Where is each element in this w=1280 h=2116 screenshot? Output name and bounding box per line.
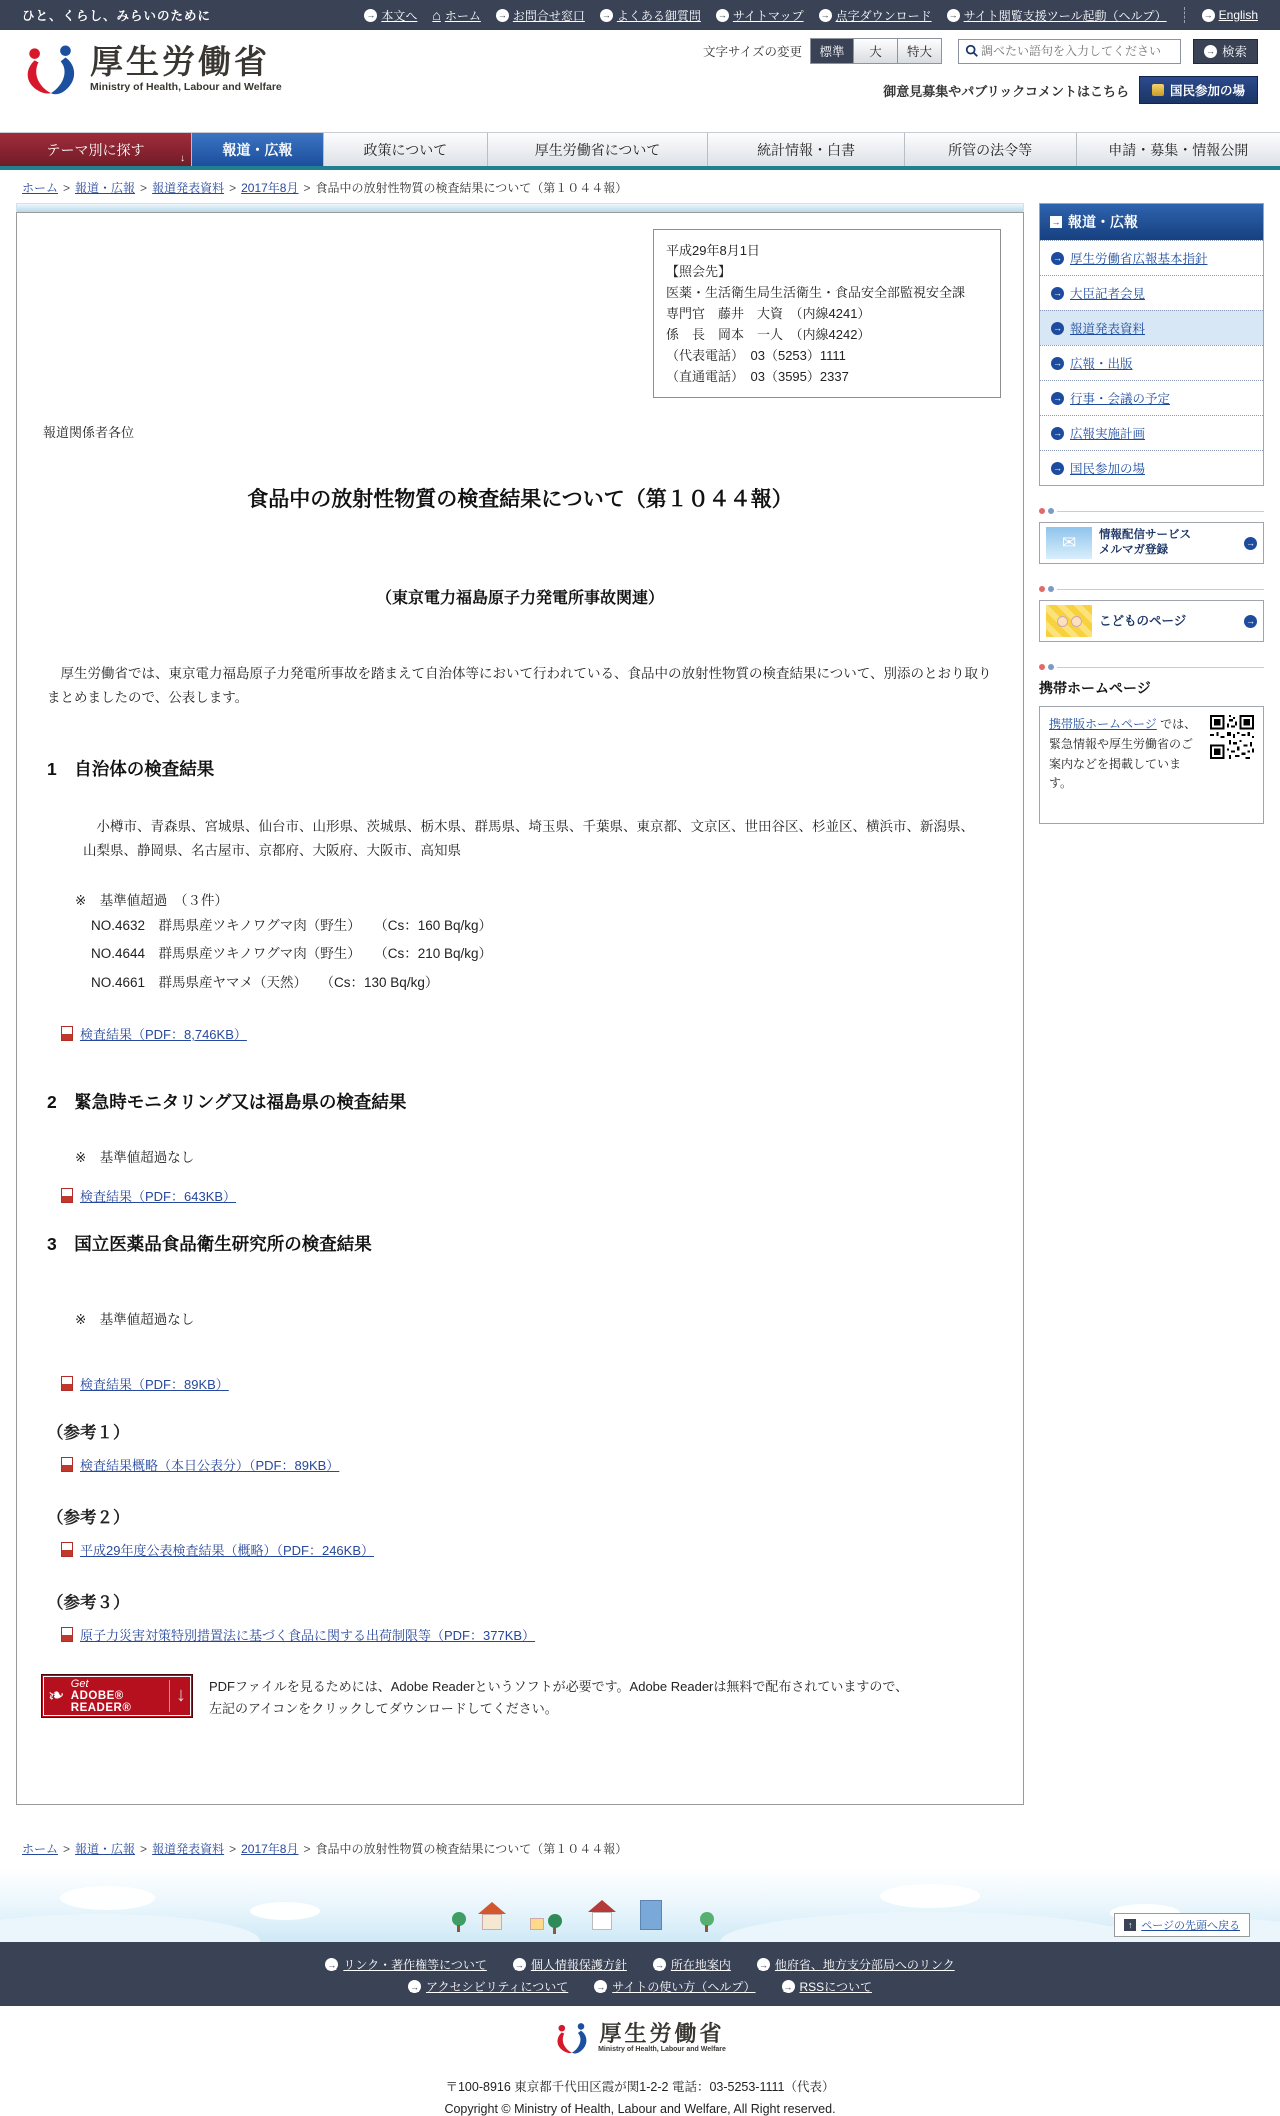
circle-arrow-icon: → xyxy=(1051,392,1064,405)
breadcrumb-bottom: ホーム>報道・広報>報道発表資料>2017年8月>食品中の放射性物質の検査結果に… xyxy=(0,1831,1280,1864)
divider xyxy=(1184,7,1185,23)
circle-arrow-icon: → xyxy=(1204,45,1217,58)
contact-date: 平成29年8月1日 xyxy=(666,240,988,261)
footer-nav: →リンク・著作権等について →個人情報保護方針 →所在地案内 →他府省、地方支分… xyxy=(0,1942,1280,2006)
sidebar-item-label: 報道発表資料 xyxy=(1070,319,1145,337)
footer-link-label: リンク・著作権等について xyxy=(343,1956,487,1973)
footer-link-copyright[interactable]: →リンク・著作権等について xyxy=(325,1956,487,1973)
pdf-link-reference1[interactable]: 検査結果概略（本日公表分）（PDF：89KB） xyxy=(80,1455,339,1474)
home-icon: ⌂ xyxy=(432,9,440,22)
footer-link-label: 所在地案内 xyxy=(671,1956,731,1973)
search-box xyxy=(958,39,1181,64)
breadcrumb-link-home[interactable]: ホーム xyxy=(22,1842,58,1856)
exceedance-item: NO.4632 群馬県産ツキノワグマ肉（野生） （Cs：160 Bq/kg） xyxy=(91,915,1023,937)
circle-arrow-icon: → xyxy=(716,9,729,22)
kids-icon xyxy=(1046,605,1092,637)
topbar-link-label: 点字ダウンロード xyxy=(836,7,932,24)
breadcrumb-link-month[interactable]: 2017年8月 xyxy=(241,181,298,195)
breadcrumb-separator: > xyxy=(229,1842,236,1856)
mhlw-logo-icon xyxy=(22,44,80,98)
sidebar-item-label: 厚生労働省広報基本指針 xyxy=(1070,249,1208,267)
pdf-link-reference2[interactable]: 平成29年度公表検査結果（概略）（PDF：246KB） xyxy=(80,1540,374,1559)
kids-page-banner[interactable]: こどものページ → xyxy=(1039,600,1264,642)
pdf-link-row: 平成29年度公表検査結果（概略）（PDF：246KB） xyxy=(61,1540,1023,1559)
mhlw-logo-icon xyxy=(554,2022,590,2056)
sidebar-item-press-releases[interactable]: →報道発表資料 xyxy=(1040,310,1263,345)
circle-arrow-icon: → xyxy=(653,1958,666,1971)
breadcrumb-separator: > xyxy=(303,181,310,195)
circle-arrow-icon: → xyxy=(1051,322,1064,335)
footer-link-accessibility[interactable]: →アクセシビリティについて xyxy=(408,1978,568,1995)
participation-label: 国民参加の場 xyxy=(1170,81,1245,99)
breadcrumb: ホーム>報道・広報>報道発表資料>2017年8月>食品中の放射性物質の検査結果に… xyxy=(0,170,1280,203)
section1-heading: 1 自治体の検査結果 xyxy=(47,756,1023,781)
press-contact-box: 平成29年8月1日 【照会先】 医薬・生活衛生局生活衛生・食品安全部監視安全課 … xyxy=(653,229,1001,398)
circle-arrow-icon: → xyxy=(1244,615,1257,628)
footer-logo-title: 厚生労働省 xyxy=(598,2022,726,2046)
footer-link-privacy[interactable]: →個人情報保護方針 xyxy=(513,1956,627,1973)
breadcrumb-link-press-releases[interactable]: 報道発表資料 xyxy=(152,181,224,195)
sidebar-item-events[interactable]: →行事・会議の予定 xyxy=(1040,380,1263,415)
breadcrumb-link-press[interactable]: 報道・広報 xyxy=(75,181,135,195)
sidebar-item-participation[interactable]: →国民参加の場 xyxy=(1040,450,1263,485)
circle-arrow-icon: → xyxy=(757,1958,770,1971)
footer-link-other-ministries[interactable]: →他府省、地方支分部局へのリンク xyxy=(757,1956,955,1973)
public-participation-button[interactable]: 国民参加の場 xyxy=(1139,76,1258,104)
font-size-large-button[interactable]: 大 xyxy=(854,38,898,64)
sidebar-header-label: 報道・広報 xyxy=(1068,212,1138,232)
breadcrumb-link-press[interactable]: 報道・広報 xyxy=(75,1842,135,1856)
pdf-link-row: 検査結果（PDF：89KB） xyxy=(61,1374,1023,1393)
pdf-icon xyxy=(61,1457,73,1472)
adobe-reader-note: PDFファイルを見るためには、Adobe Readerというソフトが必要です。A… xyxy=(209,1676,909,1720)
footer-illustration: ↑ ページの先頭へ戻る xyxy=(0,1868,1280,1942)
reference3-heading: （参考３） xyxy=(47,1589,1023,1613)
divider xyxy=(1039,664,1264,670)
sidebar-item-pr-plan[interactable]: →広報実施計画 xyxy=(1040,415,1263,450)
topbar-link-label: ホーム xyxy=(445,7,481,24)
sidebar-item-label: 広報・出版 xyxy=(1070,354,1133,372)
nav-tab-label: 統計情報・白書 xyxy=(757,140,855,160)
mailmag-line1: 情報配信サービス xyxy=(1099,528,1237,543)
footer-link-help[interactable]: →サイトの使い方（ヘルプ） xyxy=(594,1978,755,1995)
mobile-homepage-link[interactable]: 携帯版ホームページ xyxy=(1049,717,1157,731)
section3-exceedance-note: ※ 基準値超過なし xyxy=(75,1308,1023,1328)
pdf-icon xyxy=(61,1188,73,1203)
public-comment-text: 御意見募集やパブリックコメントはこちら xyxy=(883,81,1129,100)
nav-tab-statistics[interactable]: 統計情報・白書 xyxy=(708,133,904,166)
topbar-link-label: サイト閲覧支援ツール起動（ヘルプ） xyxy=(964,7,1167,24)
circle-arrow-icon: → xyxy=(513,1958,526,1971)
topbar-link-main-content[interactable]: →本文へ xyxy=(364,7,417,24)
intro-paragraph: 厚生労働省では、東京電力福島原子力発電所事故を踏まえて自治体等において行われてい… xyxy=(47,662,993,709)
breadcrumb-link-press-releases[interactable]: 報道発表資料 xyxy=(152,1842,224,1856)
pdf-link-row: 原子力災害対策特別措置法に基づく食品に関する出荷制限等（PDF：377KB） xyxy=(61,1625,1023,1644)
logo-title: 厚生労働省 xyxy=(90,44,282,80)
section2-heading: 2 緊急時モニタリング又は福島県の検査結果 xyxy=(47,1089,1023,1114)
chevron-down-icon: ↓ xyxy=(180,153,185,164)
topbar-link-contact[interactable]: →お問合せ窓口 xyxy=(496,7,585,24)
pdf-link-row: 検査結果（PDF：643KB） xyxy=(61,1186,1023,1205)
breadcrumb-link-month[interactable]: 2017年8月 xyxy=(241,1842,298,1856)
pdf-link-section1-results[interactable]: 検査結果（PDF：8,746KB） xyxy=(80,1024,247,1043)
exceedance-item: NO.4644 群馬県産ツキノワグマ肉（野生） （Cs：210 Bq/kg） xyxy=(91,943,1023,965)
section3-heading: 3 国立医薬品食品衛生研究所の検査結果 xyxy=(47,1231,1023,1256)
breadcrumb-separator: > xyxy=(140,181,147,195)
nav-tab-label: 申請・募集・情報公開 xyxy=(1108,140,1248,160)
circle-arrow-icon: → xyxy=(325,1958,338,1971)
topbar-link-label: English xyxy=(1219,8,1258,22)
footer-copyright: Copyright © Ministry of Health, Labour a… xyxy=(0,2102,1280,2116)
adobe-brand-label: ADOBE® READER® xyxy=(71,1690,163,1714)
breadcrumb-separator: > xyxy=(140,1842,147,1856)
contact-division: 医薬・生活衛生局生活衛生・食品安全部監視安全課 xyxy=(666,282,988,303)
sidebar-item-publications[interactable]: →広報・出版 xyxy=(1040,345,1263,380)
font-size-standard-button[interactable]: 標準 xyxy=(810,38,854,64)
arrow-up-icon: ↑ xyxy=(1124,1919,1136,1931)
topbar-link-label: サイトマップ xyxy=(733,7,804,24)
arrow-right-icon: → xyxy=(1050,216,1062,228)
section2-exceedance-note: ※ 基準値超過なし xyxy=(75,1146,1023,1166)
topbar-link-faq[interactable]: →よくある御質問 xyxy=(600,7,701,24)
font-size-xlarge-button[interactable]: 特大 xyxy=(898,38,942,64)
breadcrumb-current: 食品中の放射性物質の検査結果について（第１０４４報） xyxy=(315,181,627,195)
contact-person-1: 専門官 藤井 大資 （内線4241） xyxy=(666,303,988,324)
footer-link-label: サイトの使い方（ヘルプ） xyxy=(612,1978,755,1995)
footer-logo-subtitle: Ministry of Health, Labour and Welfare xyxy=(598,2046,726,2053)
footer-link-rss[interactable]: →RSSについて xyxy=(782,1978,872,1995)
circle-arrow-icon: → xyxy=(600,9,613,22)
sidebar-item-pr-policy[interactable]: →厚生労働省広報基本指針 xyxy=(1040,240,1263,275)
adobe-logo-icon: ❧ xyxy=(46,1684,67,1707)
page-title: 食品中の放射性物質の検査結果について（第１０４４報） xyxy=(17,483,1023,513)
reference2-heading: （参考２） xyxy=(47,1504,1023,1528)
footer-link-label: 他府省、地方支分部局へのリンク xyxy=(775,1956,955,1973)
nav-tab-policy[interactable]: 政策について xyxy=(324,133,488,166)
topbar-link-home[interactable]: ⌂ホーム xyxy=(432,7,480,24)
pdf-link-section2-results[interactable]: 検査結果（PDF：643KB） xyxy=(80,1186,236,1205)
topbar-link-sitemap[interactable]: →サイトマップ xyxy=(716,7,804,24)
logo-subtitle: Ministry of Health, Labour and Welfare xyxy=(90,81,282,93)
nav-tab-label: テーマ別に探す xyxy=(47,140,145,160)
topbar-link-label: お問合せ窓口 xyxy=(513,7,585,24)
footer-link-label: 個人情報保護方針 xyxy=(531,1956,627,1973)
topbar-link-label: 本文へ xyxy=(381,7,417,24)
mailmag-line2: メルマガ登録 xyxy=(1099,543,1237,558)
pdf-icon xyxy=(61,1627,73,1642)
page-subtitle: （東京電力福島原子力発電所事故関連） xyxy=(17,585,1023,608)
site-tagline: ひと、くらし、みらいのために xyxy=(22,6,211,24)
breadcrumb-separator: > xyxy=(303,1842,310,1856)
download-arrow-icon: ↓ xyxy=(169,1680,186,1712)
back-to-top-button[interactable]: ↑ ページの先頭へ戻る xyxy=(1114,1913,1250,1937)
circle-arrow-icon: → xyxy=(1051,287,1064,300)
contact-phone-main: （代表電話） 03（5253）1111 xyxy=(666,345,988,366)
sidebar-item-label: 行事・会議の予定 xyxy=(1070,389,1170,407)
circle-arrow-icon: → xyxy=(1051,427,1064,440)
section1-body: 小樽市、青森県、宮城県、仙台市、山形県、茨城県、栃木県、群馬県、埼玉県、千葉県、… xyxy=(83,815,983,864)
nav-tab-label: 政策について xyxy=(364,140,448,160)
mobile-homepage-box: 携帯版ホームページ では、緊急情報や厚生労働省のご案内などを掲載しています。 xyxy=(1039,706,1264,824)
contact-person-2: 係 長 岡本 一人 （内線4242） xyxy=(666,324,988,345)
circle-arrow-icon: → xyxy=(819,9,832,22)
breadcrumb-separator: > xyxy=(63,181,70,195)
sidebar: →報道・広報 →厚生労働省広報基本指針 →大臣記者会見 →報道発表資料 →広報・… xyxy=(1039,203,1264,824)
nav-tab-laws[interactable]: 所管の法令等 xyxy=(905,133,1077,166)
search-button[interactable]: →検索 xyxy=(1193,39,1258,64)
nav-tab-press[interactable]: 報道・広報 xyxy=(192,133,324,166)
global-nav: テーマ別に探す↓ 報道・広報 政策について 厚生労働省について 統計情報・白書 … xyxy=(0,132,1280,170)
back-to-top-label: ページの先頭へ戻る xyxy=(1141,1917,1240,1933)
pdf-link-section3-results[interactable]: 検査結果（PDF：89KB） xyxy=(80,1374,229,1393)
footer-link-location[interactable]: →所在地案内 xyxy=(653,1956,731,1973)
section1-exceedance-note: ※ 基準値超過 （３件） xyxy=(75,889,1023,909)
circle-arrow-icon: → xyxy=(1202,9,1215,22)
pdf-link-row: 検査結果概略（本日公表分）（PDF：89KB） xyxy=(61,1455,1023,1474)
envelope-icon: ✉ xyxy=(1046,527,1092,559)
circle-arrow-icon: → xyxy=(782,1980,795,1993)
breadcrumb-link-home[interactable]: ホーム xyxy=(22,181,58,195)
divider xyxy=(1039,586,1264,592)
circle-arrow-icon: → xyxy=(1051,357,1064,370)
nav-tab-label: 所管の法令等 xyxy=(948,140,1032,160)
pdf-icon xyxy=(61,1542,73,1557)
circle-arrow-icon: → xyxy=(594,1980,607,1993)
nav-tab-applications[interactable]: 申請・募集・情報公開 xyxy=(1077,133,1280,166)
mhlw-logo[interactable]: 厚生労働省 Ministry of Health, Labour and Wel… xyxy=(22,44,282,98)
sidebar-item-minister-press[interactable]: →大臣記者会見 xyxy=(1040,275,1263,310)
nav-tab-themes[interactable]: テーマ別に探す↓ xyxy=(0,133,192,166)
footer-link-label: アクセシビリティについて xyxy=(426,1978,568,1995)
sidebar-item-label: 広報実施計画 xyxy=(1070,424,1145,442)
font-size-label: 文字サイズの変更 xyxy=(703,42,802,60)
adobe-reader-badge[interactable]: ❧ Get ADOBE® READER® ↓ xyxy=(41,1674,193,1718)
topbar-link-braille-download[interactable]: →点字ダウンロード xyxy=(819,7,932,24)
sidebar-header: →報道・広報 xyxy=(1040,204,1263,240)
circle-arrow-icon: → xyxy=(408,1980,421,1993)
circle-arrow-icon: → xyxy=(364,9,377,22)
article-container: 平成29年8月1日 【照会先】 医薬・生活衛生局生活衛生・食品安全部監視安全課 … xyxy=(16,212,1024,1805)
qr-code xyxy=(1210,715,1254,759)
nav-tab-label: 報道・広報 xyxy=(223,140,293,160)
nav-tab-about[interactable]: 厚生労働省について xyxy=(488,133,709,166)
circle-arrow-icon: → xyxy=(1051,462,1064,475)
search-icon xyxy=(965,44,979,58)
footer-address: 〒100-8916 東京都千代田区霞が関1-2-2 電話：03-5253-111… xyxy=(0,2077,1280,2095)
site-header: 厚生労働省 Ministry of Health, Labour and Wel… xyxy=(0,30,1280,132)
content-top-strip xyxy=(16,203,1024,212)
topbar-link-accessibility-tool[interactable]: →サイト閲覧支援ツール起動（ヘルプ） xyxy=(947,7,1167,24)
topbar-link-label: よくある御質問 xyxy=(617,7,701,24)
top-utility-bar: ひと、くらし、みらいのために →本文へ ⌂ホーム →お問合せ窓口 →よくある御質… xyxy=(0,0,1280,30)
circle-arrow-icon: → xyxy=(1244,537,1257,550)
divider xyxy=(1039,508,1264,514)
circle-arrow-icon: → xyxy=(496,9,509,22)
kids-banner-label: こどものページ xyxy=(1099,613,1237,629)
footer: 厚生労働省 Ministry of Health, Labour and Wel… xyxy=(0,2006,1280,2116)
pdf-link-reference3[interactable]: 原子力災害対策特別措置法に基づく食品に関する出荷制限等（PDF：377KB） xyxy=(80,1625,535,1644)
pdf-icon xyxy=(61,1026,73,1041)
salutation: 報道関係者各位 xyxy=(43,422,1023,441)
exceedance-item: NO.4661 群馬県産ヤマメ（天然） （Cs：130 Bq/kg） xyxy=(91,972,1023,994)
pdf-link-row: 検査結果（PDF：8,746KB） xyxy=(61,1024,1023,1043)
breadcrumb-separator: > xyxy=(229,181,236,195)
mailmagazine-banner[interactable]: ✉ 情報配信サービスメルマガ登録 → xyxy=(1039,522,1264,564)
search-input[interactable] xyxy=(979,43,1174,59)
sidebar-item-label: 国民参加の場 xyxy=(1070,459,1145,477)
mobile-homepage-heading: 携帯ホームページ xyxy=(1039,678,1264,698)
circle-arrow-icon: → xyxy=(947,9,960,22)
pdf-icon xyxy=(61,1376,73,1391)
search-button-label: 検索 xyxy=(1222,42,1247,60)
breadcrumb-separator: > xyxy=(63,1842,70,1856)
circle-arrow-icon: → xyxy=(1051,252,1064,265)
topbar-link-english[interactable]: →English xyxy=(1202,8,1258,22)
breadcrumb-current: 食品中の放射性物質の検査結果について（第１０４４報） xyxy=(315,1842,627,1856)
participation-icon xyxy=(1152,84,1164,96)
nav-tab-label: 厚生労働省について xyxy=(535,140,661,160)
footer-logo: 厚生労働省 Ministry of Health, Labour and Wel… xyxy=(554,2022,726,2056)
footer-link-label: RSSについて xyxy=(800,1978,872,1995)
adobe-get-label: Get xyxy=(71,1678,163,1690)
sidebar-item-label: 大臣記者会見 xyxy=(1070,284,1145,302)
reference1-heading: （参考１） xyxy=(47,1419,1023,1443)
contact-phone-direct: （直通電話） 03（3595）2337 xyxy=(666,366,988,387)
topbar-links: →本文へ ⌂ホーム →お問合せ窓口 →よくある御質問 →サイトマップ →点字ダウ… xyxy=(364,7,1258,24)
contact-heading: 【照会先】 xyxy=(666,261,988,282)
